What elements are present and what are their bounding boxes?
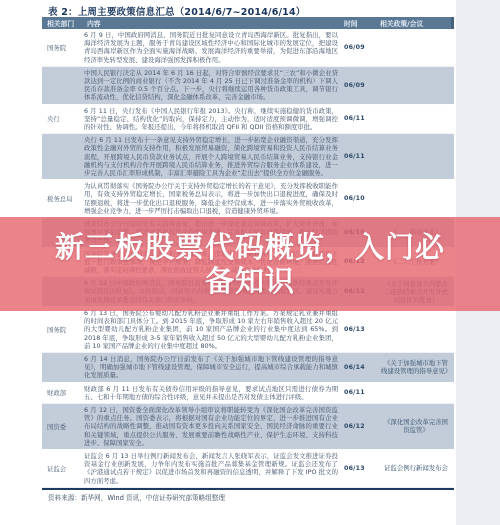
- row-policy: [378, 134, 454, 179]
- row-content: 6 月 14 日消息，国务院办公厅日前发布了《关于加强城市地下管线建设管理的指导…: [82, 353, 342, 382]
- row-time: 06/09: [342, 67, 378, 104]
- row-time: 06/11: [342, 105, 378, 134]
- row-content: 中国人民银行决定从 2014 年 6 月 16 日起，对符合审慎经营要求且“三农…: [82, 67, 342, 104]
- table-title: 表 2：上周主要政策信息汇总（2014/6/7~2014/6/14）: [48, 4, 306, 18]
- table-header-row: 相关部门 内容 时间 相关政策/会议: [42, 17, 454, 29]
- report-page: 表 2：上周主要政策信息汇总（2014/6/7~2014/6/14） 相关部门 …: [0, 0, 500, 525]
- row-content: 证监会 6 月 13 日举行例行新闻发布会，新闻发言人张晓军表示，证监会发文推进…: [82, 450, 342, 487]
- banner-title-line2: 备知识: [205, 264, 295, 298]
- row-time: 06/13: [342, 307, 378, 352]
- header-policy: 相关政策/会议: [375, 18, 451, 28]
- table-row: 央行 6 月 11 日，央行发布《中国人民银行年报 2013》。央行称，继续实施…: [42, 105, 454, 135]
- header-time: 时间: [339, 18, 375, 28]
- row-content: 6 月 13 日，国务院公布婴幼儿配方乳粉企业兼并重组工作方案。方案规定乳业兼并…: [82, 307, 342, 352]
- row-time: 06/12: [342, 404, 378, 449]
- row-content: 为认真贯彻落实《国务院办公厅关于支持外贸稳定增长的若干意见》，充分发挥税收职能作…: [82, 180, 342, 217]
- table-row: 央行 6 月 11 日发布十一条意见支持外贸稳定增长，进一步拓宽企业融资渠道，充…: [42, 134, 454, 180]
- row-time: 06/14: [342, 353, 378, 382]
- row-department: 国务院: [42, 29, 82, 66]
- row-time: 06/11: [342, 134, 378, 179]
- row-policy: 《关于加强城市地下管线建设管理的指导意见》: [378, 353, 454, 382]
- row-department: 国资委: [42, 404, 82, 449]
- row-department: 财政部: [42, 383, 82, 403]
- row-department: [42, 67, 82, 104]
- row-policy: [378, 29, 454, 66]
- header-content: 内容: [82, 18, 339, 28]
- row-time: 06/10: [342, 180, 378, 217]
- row-policy: [378, 105, 454, 134]
- row-content: 6 月 12 日，国资委全面深化改革领导小组审议将职能转变为《深化国企改革完善国…: [82, 404, 342, 449]
- table-row: 国务院 6 月 13 日，国务院公布婴幼儿配方乳粉企业兼并重组工作方案。方案规定…: [42, 307, 454, 353]
- banner-title-line1: 新三板股票代码概览，入门必: [55, 230, 445, 264]
- row-department: 国务院: [42, 307, 82, 352]
- table-row: 6 月 14 日消息，国务院办公厅日前发布了《关于加强城市地下管线建设管理的指导…: [42, 353, 454, 383]
- row-content: 6 月 11 日，央行发布《中国人民银行年报 2013》。央行称，继续实施稳健的…: [82, 105, 342, 134]
- row-policy: [378, 67, 454, 104]
- table-bottom-border: [42, 488, 454, 490]
- row-time: 06/11: [342, 383, 378, 403]
- row-policy: 《深化国企改革完善国资监管》: [378, 404, 454, 449]
- row-content: 央行 6 月 11 日发布十一条意见支持外贸稳定增长，进一步拓宽企业融资渠道，充…: [82, 134, 342, 179]
- table-row: 证监会 证监会 6 月 13 日举行例行新闻发布会，新闻发言人张晓军表示，证监会…: [42, 450, 454, 488]
- row-department: [42, 353, 82, 382]
- table-row: 中国人民银行决定从 2014 年 6 月 16 日起，对符合审慎经营要求且“三农…: [42, 67, 454, 105]
- row-policy: [378, 180, 454, 217]
- row-department: 证监会: [42, 450, 82, 487]
- row-department: [42, 134, 82, 179]
- row-department: 税务总局: [42, 180, 82, 217]
- source-note: 资料来源：新华网，Wind 资讯，中信证券研究部策略组整理: [48, 492, 225, 502]
- row-time: 06/13: [342, 450, 378, 487]
- row-department: 央行: [42, 105, 82, 134]
- row-policy: [378, 307, 454, 352]
- table-row: 国务院 6 月 9 日，中国政府网消息，国务院近日批复同意设立青岛西海岸新区。批…: [42, 29, 454, 67]
- row-content: 6 月 9 日，中国政府网消息，国务院近日批复同意设立青岛西海岸新区。批复指出，…: [82, 29, 342, 66]
- row-policy: 证监会例行新闻发布会: [378, 450, 454, 487]
- table-row: 财政部 财政部 6 月 11 日发布有关债券信用评级的指导意见，要求试点地区只需…: [42, 383, 454, 404]
- table-row: 税务总局 为认真贯彻落实《国务院办公厅关于支持外贸稳定增长的若干意见》，充分发挥…: [42, 180, 454, 218]
- row-time: 06/09: [342, 29, 378, 66]
- row-content: 财政部 6 月 11 日发布有关债券信用评级的指导意见，要求试点地区只需进行债券…: [82, 383, 342, 403]
- table-row: 国资委 6 月 12 日，国资委全面深化改革领导小组审议将职能转变为《深化国企改…: [42, 404, 454, 450]
- header-department: 相关部门: [42, 18, 82, 28]
- promo-banner: 新三板股票代码概览，入门必 备知识: [0, 217, 500, 311]
- row-policy: [378, 383, 454, 403]
